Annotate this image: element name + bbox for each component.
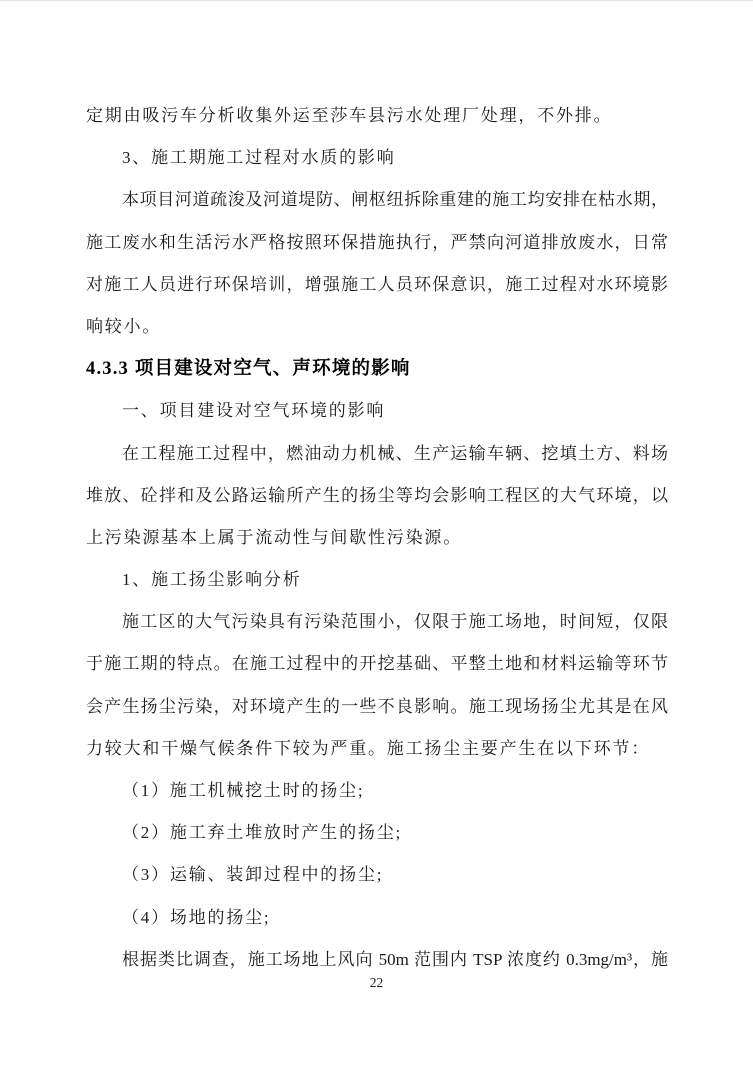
text-line: 施工区的大气污染具有污染范围小，仅限于施工场地，时间短，仅限 [86, 601, 668, 643]
text-line: 3、施工期施工过程对水质的影响 [86, 137, 668, 179]
text-line: （2）施工弃土堆放时产生的扬尘; [86, 812, 668, 854]
page-number: 22 [0, 975, 753, 991]
text-line: 一、项目建设对空气环境的影响 [86, 390, 668, 432]
document-page: 定期由吸污车分析收集外运至莎车县污水处理厂处理，不外排。3、施工期施工过程对水质… [0, 0, 753, 1067]
text-line: 力较大和干燥气候条件下较为严重。施工扬尘主要产生在以下环节： [86, 728, 668, 770]
text-line: 响较小。 [86, 306, 668, 348]
text-line: 上污染源基本上属于流动性与间歇性污染源。 [86, 517, 668, 559]
text-line: （3）运输、装卸过程中的扬尘; [86, 854, 668, 896]
text-line: 会产生扬尘污染，对环境产生的一些不良影响。施工现场扬尘尤其是在风 [86, 686, 668, 728]
text-line: （1）施工机械挖土时的扬尘; [86, 770, 668, 812]
section-heading: 4.3.3 项目建设对空气、声环境的影响 [86, 348, 668, 390]
text-line: 于施工期的特点。在施工过程中的开挖基础、平整土地和材料运输等环节 [86, 643, 668, 685]
page-content: 定期由吸污车分析收集外运至莎车县污水处理厂处理，不外排。3、施工期施工过程对水质… [86, 95, 668, 981]
text-line: 堆放、砼拌和及公路运输所产生的扬尘等均会影响工程区的大气环境，以 [86, 475, 668, 517]
text-line: 施工废水和生活污水严格按照环保措施执行，严禁向河道排放废水，日常 [86, 222, 668, 264]
text-line: （4）场地的扬尘; [86, 897, 668, 939]
text-line: 本项目河道疏浚及河道堤防、闸枢纽拆除重建的施工均安排在枯水期， [86, 179, 668, 221]
text-line: 对施工人员进行环保培训，增强施工人员环保意识，施工过程对水环境影 [86, 264, 668, 306]
text-line: 1、施工扬尘影响分析 [86, 559, 668, 601]
text-line: 定期由吸污车分析收集外运至莎车县污水处理厂处理，不外排。 [86, 95, 668, 137]
text-line: 在工程施工过程中，燃油动力机械、生产运输车辆、挖填土方、料场 [86, 433, 668, 475]
